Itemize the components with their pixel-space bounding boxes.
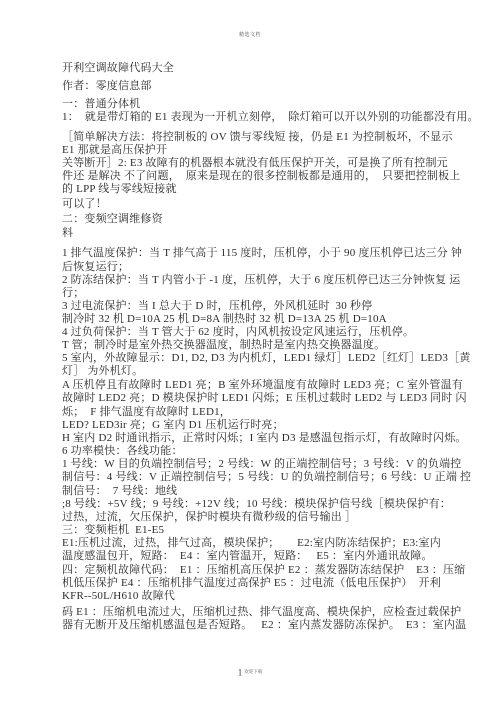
- text-line: 制信号：4 号线：V 正端控制信号；5 号线：U 的负端控制信号；6 号线：U …: [62, 471, 444, 483]
- text-line: A 压机停且有故障时 LED1 亮；B 室外环境温度有故障时 LED3 亮；C …: [62, 379, 444, 391]
- text-line: T 管；制冷时是室外热交换器温度，制热时是室内热交换器温度。: [62, 339, 444, 351]
- text-line: 可以了！: [62, 198, 444, 210]
- text-line: 1： 就是带灯箱的 E1 表现为一开机立刻停， 除灯箱可以开以外别的功能都没有用…: [62, 111, 444, 123]
- text-line: 器有无断开及压缩机感温包是否短路。 E2 ：室内蒸发器防冻保护。 E3 ：室内温: [62, 619, 444, 631]
- text-line: 3 过电流保护：当 I 总大于 D 时，压机停，外风机延时 30 秒停: [62, 300, 444, 312]
- text-line: 制信号： 7 号线：地线: [62, 485, 444, 497]
- text-line: E1:压机过流，过热，排气过高，模块保护； E2:室内防冻结保护；E3:室内: [62, 537, 444, 549]
- text-line: 2 防冻结保护：当 T 内管小于 -1 度，压机停，大于 6 度压机停已达三分钟…: [62, 274, 444, 286]
- text-line: 后恢复运行；: [62, 261, 444, 273]
- text-line: 料: [62, 227, 444, 239]
- text-line: 码 E1 ：压缩机电流过大，压缩机过热、排气温度高、模块保护，应检查过载保护: [62, 606, 444, 618]
- text-line: 温度感温包开，短路： E4 ：室内管温开，短路： E5 ：室内外通讯故障。: [62, 550, 444, 562]
- document-page: 精选文档 开利空调故障代码大全作者：零度信息部一：普通分体机1： 就是带灯箱的 …: [0, 0, 500, 708]
- document-body: 开利空调故障代码大全作者：零度信息部一：普通分体机1： 就是带灯箱的 E1 表现…: [0, 0, 500, 708]
- text-line: 4 过负荷保护：当 T 管大于 62 度时，内风机按设定风速运行，压机停。: [62, 326, 444, 338]
- text-line: LED? LED3ir 亮；G 室内 D1 压机运行时亮；: [62, 419, 444, 431]
- text-line: 件还 是解决 不了问题， 原来是现在的很多控制板都是通用的， 只要把控制板上: [62, 170, 444, 182]
- page-number: 1: [238, 667, 243, 677]
- text-line: 1 号线：W 目的负端控制信号；2 号线：W 的正端控制信号；3 号线：V 的负…: [62, 458, 444, 470]
- text-line: 5 室内，外故障显示：D1, D2, D3 为内机灯，LED1 绿灯］LED2［…: [62, 352, 444, 364]
- text-line: 一：普通分体机: [62, 98, 444, 110]
- text-line: 1 排气温度保护：当 T 排气高于 115 度时，压机停，小于 90 度压机停已…: [62, 247, 444, 259]
- text-line: 的 LPP 线与零线短接就: [62, 183, 444, 195]
- text-line: H 室内 D2 时通讯指示，正常时闪烁；I 室内 D3 是感温包指示灯，有故障时…: [62, 432, 444, 444]
- text-line: 机低压保护 E4 ：压缩机排气温度过高保护 E5 ：过电流（低电压保护） 开利: [62, 577, 444, 589]
- document-title: 开利空调故障代码大全: [62, 62, 444, 74]
- footer-note: 欢迎下载: [244, 669, 262, 674]
- text-line: 关等断开］2: E3 故障有的机器根本就没有低压保护开关，可是换了所有控制元: [62, 157, 444, 169]
- text-line: 二：变频空调维修资: [62, 213, 444, 225]
- text-line: 烁； F 排气温度有故障时 LED1，: [62, 406, 444, 418]
- page-footer: 1欢迎下载: [0, 663, 500, 681]
- text-line: ［简单解决方法：将控制板的 OV 馈与零线短 接，仍是 E1 为控制板坏，不显示: [62, 131, 444, 143]
- text-line: 制冷时 32 机 D=10A 25 机 D=8A 制热时 32 机 D=13A …: [62, 313, 444, 325]
- text-line: ;8 号线：+5V 线；9 号线：+12V 线；10 号线：模块保护信号线［模块…: [62, 498, 444, 510]
- text-line: 6 功率模快：各线功能：: [62, 445, 444, 457]
- text-line: 故障时 LED2 亮；D 模块保护时 LED1 闪烁；E 压机过载时 LED2 …: [62, 392, 444, 404]
- text-line: 三：变频柜机 E1-E5: [62, 524, 444, 536]
- text-line: 作者：零度信息部: [62, 80, 444, 92]
- text-line: E1 那就是高压保护开: [62, 144, 444, 156]
- text-line: 行；: [62, 287, 444, 299]
- text-line: KFR--50L/H610 故障代: [62, 590, 444, 602]
- text-line: 过热，过流，欠压保护，保护时模块有微秒级的信号输出 ］: [62, 511, 444, 523]
- text-line: 四：定频机故障代码： E1 ：压缩机高压保护 E2 ：蒸发器防冻结保护 E3 ：…: [62, 564, 444, 576]
- text-line: 灯］ 为外机灯。: [62, 365, 444, 377]
